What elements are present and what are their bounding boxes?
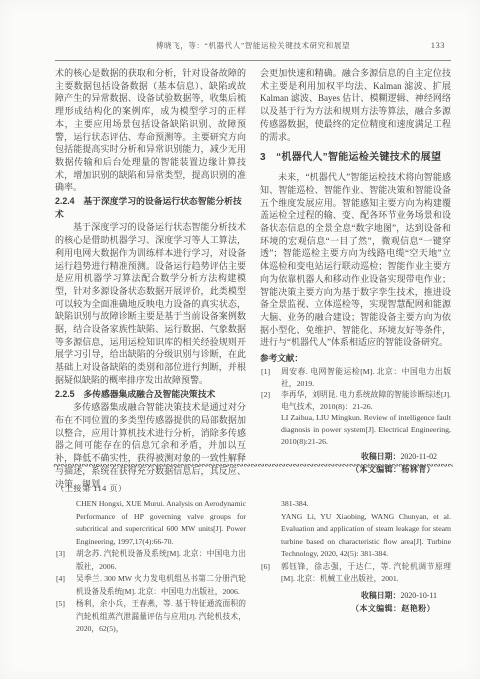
paragraph-continued: 会更加快速和精确。融合多源信息的自主定位技术主要是利用加权平均法、Kalman … bbox=[260, 67, 451, 143]
received-date-value: 2020-11-02 bbox=[400, 452, 437, 461]
paragraph-2-2-5: 多传感器集成融合智能决策技术是通过对分布在不同位置的多类型传感器提供的局部数据加… bbox=[55, 401, 246, 490]
heading-2-2-5: 2.2.5 多传感器集成融合及智能决策技术 bbox=[55, 388, 246, 401]
ref-text: 杨利，余小兵，王春燕，等. 基于特征通流面积的汽轮机组蒸汽泄漏量评估与应用[J]… bbox=[76, 599, 246, 633]
reference-item: 381-384. bbox=[260, 498, 451, 511]
reference-item: [5] 杨利，余小兵，王春燕，等. 基于特征通流面积的汽轮机组蒸汽泄漏量评估与应… bbox=[55, 598, 246, 636]
reference-item: LI Zaihua, LIU Mingkun. Review of intell… bbox=[260, 412, 451, 447]
ref-number: [2] bbox=[261, 389, 270, 401]
ref-text: 李再华，刘明昆. 电力系统故障的智能诊断综述[J]. 电气技术，2010(8)：… bbox=[281, 390, 451, 411]
received-date-value: 2020-10-11 bbox=[400, 591, 437, 600]
ref-text: 吴季兰. 300 MW 火力发电机组丛书第二分册汽轮机设备及系统[M]. 北京：… bbox=[76, 574, 246, 596]
ref-text: 381-384. bbox=[281, 499, 309, 508]
reference-item: CHEN Hongxi, XUE Murui. Analysis on Aero… bbox=[55, 498, 246, 548]
page-number: 133 bbox=[431, 40, 445, 50]
received-date-label: 收稿日期： bbox=[361, 591, 400, 600]
paragraph-section-3: 未来，“机器代人”智能运检技术将向智能感知、智能巡检、智能作业、智能决策和智能设… bbox=[260, 171, 451, 349]
ref-text: CHEN Hongxi, XUE Murui. Analysis on Aero… bbox=[76, 499, 246, 546]
ref-number: [6] bbox=[261, 561, 270, 574]
ref-text: YANG Li, YU Xiaobing, WANG Chunyan, et a… bbox=[281, 512, 451, 559]
page-header: 傅晓飞，等：“机器代人”智能运检关键技术研究和展望 133 bbox=[55, 40, 451, 60]
continuation-references: CHEN Hongxi, XUE Murui. Analysis on Aero… bbox=[55, 498, 451, 636]
editor-note: （本文编辑：赵艳粉） bbox=[260, 603, 451, 614]
ref-number: [4] bbox=[56, 573, 65, 586]
running-title: 傅晓飞，等：“机器代人”智能运检关键技术研究和展望 bbox=[55, 40, 451, 51]
references-heading: 参考文献： bbox=[260, 352, 451, 364]
continuation-note: （上接第 114 页） bbox=[56, 483, 127, 494]
received-date-line: 收稿日期：2020-10-11 bbox=[260, 590, 451, 601]
reference-item: [1] 周安春. 电网智能运检[M]. 北京：中国电力出版社，2019. bbox=[260, 366, 451, 389]
ref-text: 周安春. 电网智能运检[M]. 北京：中国电力出版社，2019. bbox=[281, 367, 451, 388]
left-column: 术的核心是数据的获取和分析，针对设备故障的主要数据包括设备数据（基本信息）、缺陷… bbox=[55, 67, 246, 490]
main-content: 术的核心是数据的获取和分析，针对设备故障的主要数据包括设备数据（基本信息）、缺陷… bbox=[55, 67, 451, 490]
paper-page: 傅晓飞，等：“机器代人”智能运检关键技术研究和展望 133 术的核心是数据的获取… bbox=[0, 0, 480, 679]
heading-2-2-4: 2.2.4 基于深度学习的设备运行状态智能分析技术 bbox=[55, 195, 246, 220]
reference-item: [4] 吴季兰. 300 MW 火力发电机组丛书第二分册汽轮机设备及系统[M].… bbox=[55, 573, 246, 598]
section-3-heading: 3 “机器代人”智能运检关键技术的展望 bbox=[260, 151, 451, 164]
ref-text: LI Zaihua, LIU Mingkun. Review of intell… bbox=[281, 413, 451, 445]
ref-number: [1] bbox=[261, 366, 270, 378]
ref-text: 胡念苏. 汽轮机设备及系统[M]. 北京：中国电力出版社，2006. bbox=[76, 549, 246, 571]
received-date-label: 收稿日期： bbox=[361, 452, 400, 461]
ref-number: [5] bbox=[56, 598, 65, 611]
ref-number: [3] bbox=[56, 548, 65, 561]
right-column: 会更加快速和精确。融合多源信息的自主定位技术主要是利用加权平均法、Kalman … bbox=[260, 67, 451, 490]
paragraph-continued: 术的核心是数据的获取和分析，针对设备故障的主要数据包括设备数据（基本信息）、缺陷… bbox=[55, 67, 246, 194]
ref-text: 郭钰锋，徐志强，于达仁，等. 汽轮机调节原理[M]. 北京：机械工业出版社，20… bbox=[281, 562, 451, 584]
reference-item: [2] 李再华，刘明昆. 电力系统故障的智能诊断综述[J]. 电气技术，2010… bbox=[260, 389, 451, 412]
reference-item: YANG Li, YU Xiaobing, WANG Chunyan, et a… bbox=[260, 511, 451, 561]
section-divider: ∾∾∾∾∾∾∾∾∾∾∾∾∾∾∾∾∾∾∾∾∾∾∾∾∾∾∾∾∾∾∾∾∾∾∾∾∾∾∾∾… bbox=[53, 461, 453, 471]
continuation-left-column: CHEN Hongxi, XUE Murui. Analysis on Aero… bbox=[55, 498, 246, 636]
reference-item: [6] 郭钰锋，徐志强，于达仁，等. 汽轮机调节原理[M]. 北京：机械工业出版… bbox=[260, 561, 451, 586]
continuation-right-column: 381-384. YANG Li, YU Xiaobing, WANG Chun… bbox=[260, 498, 451, 636]
reference-item: [3] 胡念苏. 汽轮机设备及系统[M]. 北京：中国电力出版社，2006. bbox=[55, 548, 246, 573]
paragraph-2-2-4: 基于深度学习的设备运行状态智能分析技术的核心是借助机器学习、深度学习等人工算法，… bbox=[55, 221, 246, 386]
header-rule bbox=[55, 60, 451, 61]
